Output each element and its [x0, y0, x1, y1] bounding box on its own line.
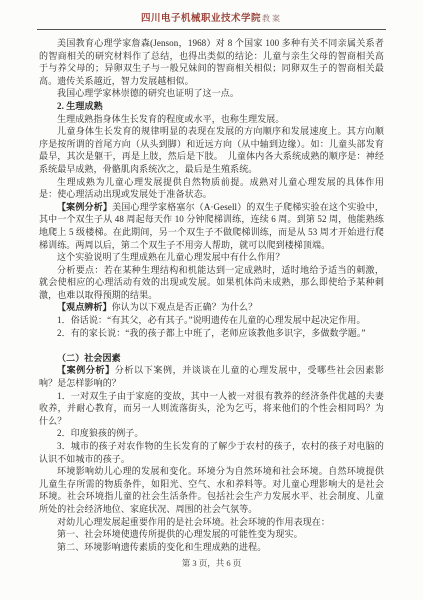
- paragraph-analysis-points: 分析要点：若在某种生理结构和机能达到一定成熟时，适时地给予适当的刺激，就会使相应…: [39, 264, 384, 302]
- heading-physiological-maturity: 2. 生理成熟: [39, 100, 384, 113]
- paragraph-growth-rules: 儿童身体生长发育的规律明显的表现在发展的方向顺序和发展速度上。其方向顺序是按所谓…: [39, 125, 384, 175]
- paragraph-gesell-case: 【案例分析】美国心理学家格塞尔（A·Gesell）的双生子爬梯实验在这个实验中，…: [39, 201, 384, 251]
- doc-type-label: 教案: [262, 14, 282, 23]
- viewpoint-question: 你认为以下观点是否正确？为什么？: [112, 302, 258, 312]
- viewpoint-label: 【观点辨析】: [57, 302, 112, 312]
- case-analysis-label-2: 【案例分析】: [57, 365, 115, 375]
- environment-point-first: 第一、社会环境使遗传所提供的心理发展的可能性变为现实。: [39, 528, 384, 541]
- viewpoint-item-2: 2．有的家长说：“我的孩子都上中班了，老师应该教他多识字，多做数学题。”: [39, 327, 384, 340]
- social-case-item-3: 3．城市的孩子对农作物的生长发育的了解少于农村的孩子，农村的孩子对电脑的认识不如…: [39, 440, 384, 465]
- paragraph-lin-chongde: 我国心理学家林崇德的研究也证明了这一点。: [39, 87, 384, 100]
- paragraph-maturity-premise: 生理成熟为儿童心理发展提供自然物质前提。成熟对儿童心理发展的具体作用是：使心理活…: [39, 176, 384, 201]
- header-divider: [37, 29, 386, 30]
- page-number: 第 3 页，共 6 页: [39, 557, 384, 570]
- paragraph-maturity-definition: 生理成熟指身体生长发育的程度或水平，也称生理发展。: [39, 113, 384, 126]
- social-case-item-2: 2．印度狼孩的例子。: [39, 427, 384, 440]
- paragraph-viewpoint: 【观点辨析】你认为以下观点是否正确？为什么？: [39, 301, 384, 314]
- environment-point-second: 第二、环境影响遗传素质的变化和生理成熟的进程。: [39, 541, 384, 554]
- paragraph-social-case: 【案例分析】分析以下案例，并谈谈在儿童的心理发展中，受哪些社会因素影响？是怎样影…: [39, 364, 384, 389]
- viewpoint-item-1: 1．俗话说：“有其父，必有其子。”说明遗传在儿童的心理发展中起决定作用。: [39, 314, 384, 327]
- school-name: 四川电子机械职业技术学院: [141, 14, 261, 24]
- paragraph-jenson-study: 美国教育心理学家詹森(Jenson，1968）对 8 个国家 100 多种有关不…: [39, 37, 384, 87]
- paragraph-environment: 环境影响幼儿心理的发展和变化。环境分为自然环境和社会环境。自然环境提供儿童生存所…: [39, 465, 384, 515]
- case-analysis-label: 【案例分析】: [57, 202, 112, 212]
- page-header: 四川电子机械职业技术学院教案: [39, 12, 384, 26]
- lesson-plan-page: 四川电子机械职业技术学院教案 美国教育心理学家詹森(Jenson，1968）对 …: [0, 0, 423, 600]
- paragraph-environment-role: 对幼儿心理发展起重要作用的是社会环境。社会环境的作用表现在：: [39, 516, 384, 529]
- document-body: 美国教育心理学家詹森(Jenson，1968）对 8 个国家 100 多种有关不…: [39, 37, 384, 553]
- heading-social-factors: （二）社会因素: [39, 352, 384, 365]
- paragraph-experiment-question: 这个实验说明了生理成熟在儿童心理发展中有什么作用？: [39, 251, 384, 264]
- social-case-item-1: 1．一对双生子由于家庭的变故，其中一人被一对很有教养的经济条件优越的夫妻收养，并…: [39, 390, 384, 428]
